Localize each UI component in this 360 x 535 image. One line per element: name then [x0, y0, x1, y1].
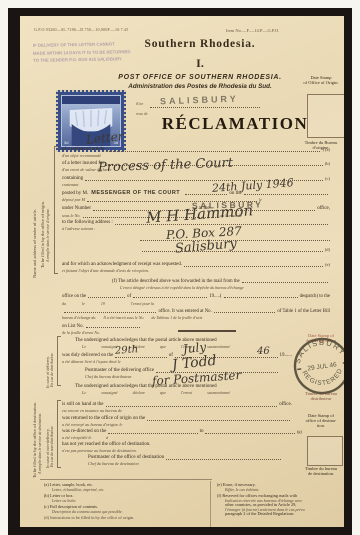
section-f-text-fr: L'envoi désigné ci-dessus à été expédié …	[120, 286, 244, 290]
nondelivery-line: office.	[279, 402, 292, 408]
row-label: and for which an acknowledgment of recei…	[62, 262, 182, 268]
fill-in-line[interactable]	[133, 297, 207, 298]
margin-destination-label: To be filled in by the office of destina…	[32, 402, 37, 478]
messenger-handstamp: MESSENGER OF THE COURT	[91, 190, 180, 196]
row-label-fr: à l'adresse suivant :	[62, 227, 95, 232]
section-f-text: 19.....	[209, 294, 220, 299]
footnote-fr: Description du contenu autant que possib…	[52, 510, 206, 514]
row-label-fr: sous le No.	[62, 214, 81, 219]
section-f-text: (f) The article described above was forw…	[112, 279, 240, 284]
row-marker: (c)	[325, 177, 330, 182]
fill-in-line[interactable]	[205, 433, 294, 434]
fill-in-line[interactable]	[88, 297, 125, 298]
origin-datestamp-label-line: of Office of Origin.	[282, 81, 344, 86]
footnote-column-divider	[210, 481, 211, 527]
margin-nondelivery-label-fr: En cas de non-distribution.	[50, 426, 54, 467]
fill-in-line[interactable]	[106, 151, 320, 152]
nondelivery-statement-fr: Le soussigné déclare que l'envoi susment…	[82, 391, 230, 396]
section-f-text: office. It was entered at No.	[158, 309, 211, 314]
section-f-text: on List No.	[62, 324, 84, 329]
nondelivery-line: was returned to the office of origin on …	[62, 416, 145, 422]
footnote-fr: Lettre, échantillon, imprimé, etc.	[52, 488, 206, 492]
row-label: containing	[62, 176, 83, 182]
nondelivery-line: has not yet reached the office of destin…	[62, 442, 151, 448]
fill-in-line[interactable]	[242, 282, 328, 283]
fill-in-line[interactable]	[244, 194, 328, 195]
destination-datestamp-caption-line: de destination.	[286, 472, 344, 477]
destination-datestamp-box	[307, 436, 343, 466]
postmark-date: 29 JUL 46	[307, 361, 337, 372]
nondelivery-line-fr: n'est pas parvenue au bureau de destinat…	[62, 449, 137, 454]
nondelivery-line: is still on hand at the	[62, 402, 104, 408]
margin-delivery-label-fr: En cas de distribution.	[50, 353, 54, 387]
printers-reference: G.P.O.93260—SL.7186—D.750—10,000F.—10.7.…	[34, 28, 128, 32]
margin-origin-label-fr: A remplir dans le service d'origine.	[46, 208, 50, 262]
postmaster-destination-label: Postmaster of the office of destination	[88, 455, 164, 461]
form-numeral: I.	[100, 57, 300, 70]
country-title: Southern Rhodesia.	[100, 38, 300, 51]
row-label: under Number	[62, 206, 91, 212]
row-label-fr: contenant	[62, 183, 79, 188]
fill-in-line[interactable]	[106, 406, 278, 407]
nondelivery-section-brace	[57, 400, 61, 468]
fill-in-line	[184, 266, 323, 267]
footnotes-left: (a) Letter, sample, book, etc. Lettre, é…	[44, 483, 206, 521]
section-f-text: (	[220, 294, 222, 299]
footnote-fr: Biffer, le cas échéant.	[225, 488, 335, 492]
row-label: office,	[317, 206, 330, 212]
section-f-text: despatch) to the	[300, 294, 330, 299]
row-marker: (e)	[325, 263, 330, 268]
delivering-datestamp-caption: Timbre du bureau distributeur	[286, 392, 344, 402]
section-f-text-fr: de la feuille d'envoi No.	[62, 331, 100, 335]
row-marker: (g)	[297, 430, 302, 435]
stamp-value: 3d	[64, 140, 68, 145]
fill-in-line[interactable]	[108, 433, 197, 434]
nondelivery-line: to	[200, 429, 204, 435]
postmaster-destination-label-fr: Chef du bureau de destination	[88, 462, 139, 467]
section-f-text: of	[127, 294, 131, 299]
row-marker: (d)	[325, 248, 330, 253]
postmaster-label-fr: Chef du bureau distributeur	[85, 375, 132, 380]
handwritten-contents: Process of the Court	[98, 157, 233, 176]
fill-in-line[interactable]	[64, 312, 156, 313]
document-photo: G.P.O.93260—SL.7186—D.750—10,000F.—10.7.…	[8, 8, 352, 535]
office-word-fragment: ffice	[136, 102, 143, 106]
margin-destination-label-fr: A remplir dans le service de destination…	[38, 413, 42, 474]
delivered-statement-fr: Le soussigné déclare que l'envoi susment…	[82, 345, 230, 350]
row-label-fr: d'un objet recommandé	[62, 154, 101, 159]
footnote-rule	[40, 479, 212, 480]
row-label-fr: et faisant l'objet d'une demande d'avis …	[62, 269, 149, 274]
origin-section-brace	[54, 146, 58, 274]
fill-in-line[interactable]	[147, 420, 290, 421]
footnote-fr: Lettre ou boîte.	[52, 499, 206, 503]
nondelivery-line-fr: a été réexpédié le à	[62, 436, 108, 441]
margin-origin-label: To be filled in by the office of origin.	[40, 201, 45, 268]
fill-in-line[interactable]	[224, 297, 298, 298]
delivering-datestamp-caption-line: distributeur	[286, 397, 344, 402]
row-marker: (b)	[325, 162, 330, 167]
reclamation-form: G.P.O.93260—SL.7186—D.750—10,000F.—10.7.…	[20, 16, 344, 527]
destination-datestamp-label: Date Stamp of office of destina- tion.	[286, 414, 344, 429]
section-f-text: office on the	[62, 294, 86, 299]
nondelivery-statement: The undersigned acknowledges that the po…	[75, 384, 217, 390]
origin-datestamp-label: Date Stamp of Office of Origin.	[282, 76, 344, 86]
row-label: posted by M.	[62, 191, 88, 197]
fill-in-line[interactable]	[166, 459, 281, 460]
delivered-date-label-fr: a été dûment livré à l'ayant droit le	[62, 360, 121, 365]
section-divider	[178, 330, 236, 332]
section-f-text-fr: du le 19 l'envoi pour la	[62, 302, 154, 306]
destination-datestamp-caption: Timbre du bureau de destination.	[286, 467, 344, 477]
fill-in-line[interactable]	[86, 327, 140, 328]
row-label-fr: déposé par M	[62, 198, 85, 203]
footnote: paragraph 2 of the Detailed Regulations	[225, 512, 335, 517]
footnotes-right: (e) Erase, if necessary. Biffer, le cas …	[217, 483, 335, 517]
footnote: (d) Instructions to be filled in by the …	[44, 516, 206, 521]
nondelivery-line-fr: est encore en instance au bureau de	[62, 409, 122, 414]
nondelivery-line-fr: a été renvoyé au bureau d'origine le	[62, 423, 122, 428]
nondelivery-line: was re-directed on the	[62, 429, 106, 435]
page-title: RÉCLAMATION	[135, 115, 335, 134]
section-f-text-fr: bureau d'échange du. Il a été inscrit so…	[62, 316, 202, 320]
margin-sender-label: Name and address of sender of article.	[32, 209, 37, 278]
item-number: Item No.—F.—14.P.—G.P.O.	[226, 29, 279, 34]
delivered-date-label: was duly delivered on the	[62, 353, 113, 359]
delivery-section-brace	[57, 336, 61, 386]
postmaster-label: Postmaster of the delivering office	[85, 368, 154, 374]
handwritten-delivery-year: 46	[257, 346, 270, 357]
row-marker: ) (a)	[322, 148, 330, 153]
row-label: to the following address :	[62, 220, 113, 226]
fill-in-line[interactable]	[214, 312, 276, 313]
row-label: of a registered article	[62, 147, 104, 153]
destination-datestamp-label-line: tion.	[286, 424, 344, 429]
handwritten-city: Salisbury	[174, 237, 237, 257]
violet-handstamp-line: MADE WITHIN 14 DAYS IT IS TO BE RETURNED	[33, 50, 130, 56]
handwritten-delivery-day: 29th	[115, 344, 139, 357]
fill-in-line[interactable]	[115, 357, 166, 358]
section-f-text: of Table 1 of the Letter Bill	[277, 309, 330, 314]
